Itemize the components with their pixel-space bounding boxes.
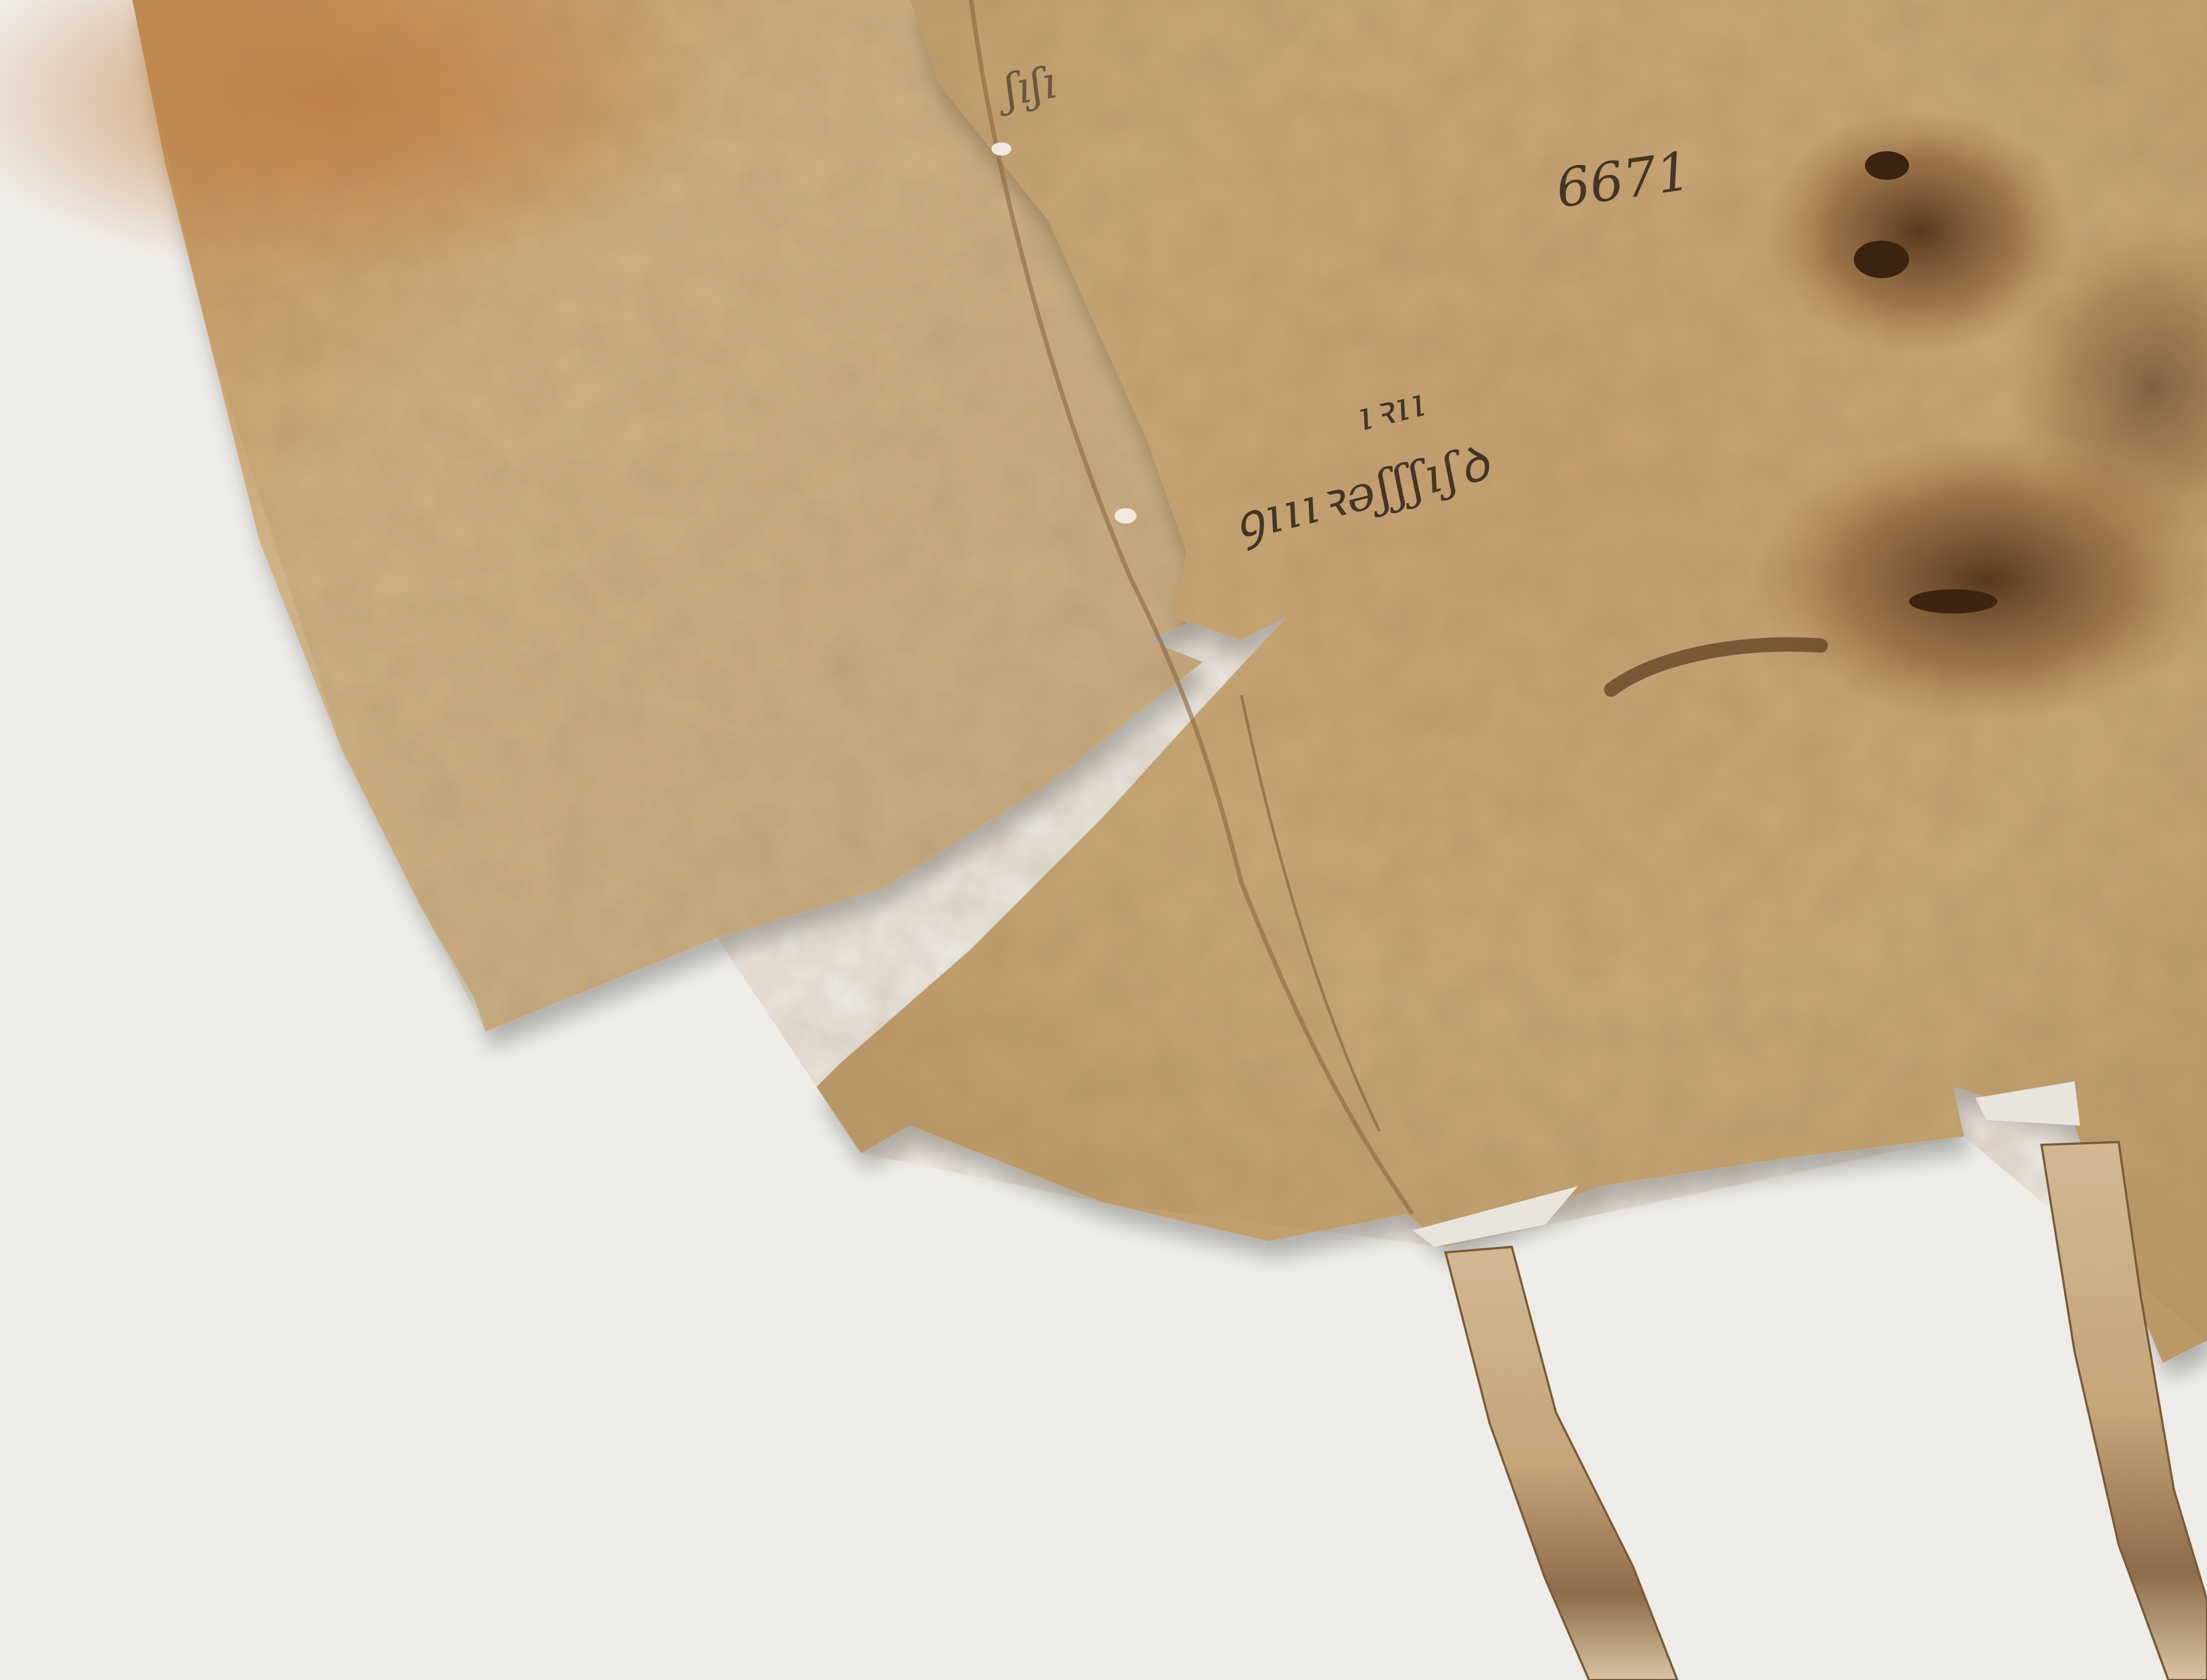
parchment-photo xyxy=(0,0,2207,1680)
faded-inscription: ʃıʃı xyxy=(1000,56,1060,116)
pin-hole xyxy=(1115,508,1137,524)
hole xyxy=(1865,151,1909,180)
pin-hole xyxy=(991,142,1011,156)
photo-scene: ʃıʃı 6671 ıꝛıı ꝯıııꝛəʃʃʃıʃꝺ xyxy=(0,0,2207,1680)
hole xyxy=(1909,589,1997,614)
hole xyxy=(1854,241,1909,278)
